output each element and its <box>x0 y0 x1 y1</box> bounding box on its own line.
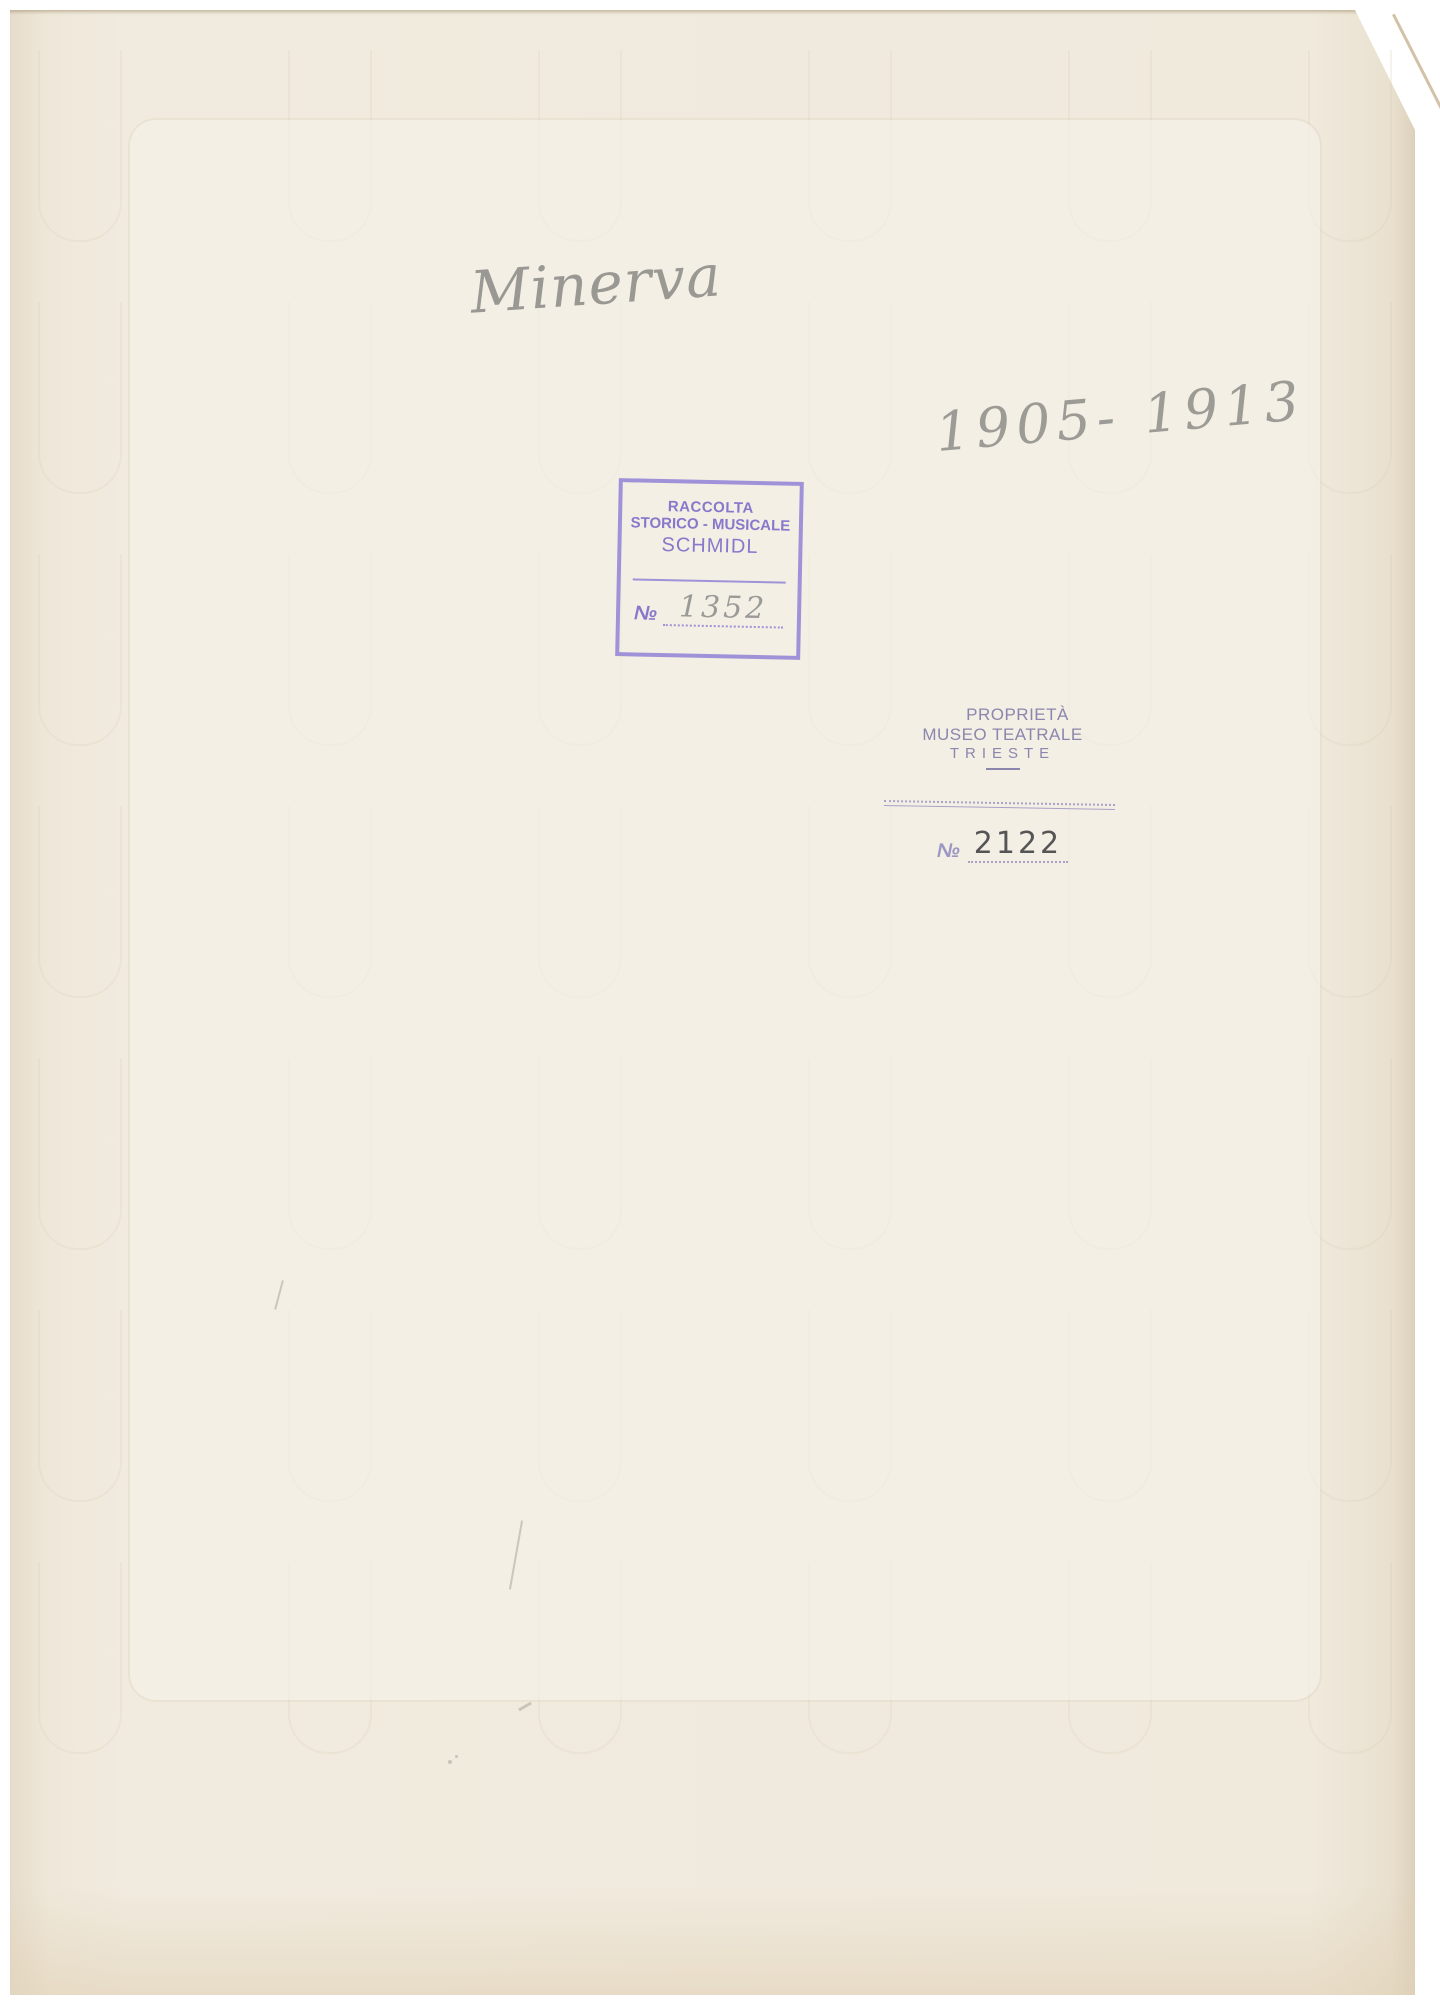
stamp-line: TRIESTE <box>890 745 1115 762</box>
stamp-rule <box>633 578 786 583</box>
numero-sign: № <box>634 602 657 625</box>
stamp-number-row: № 1352 <box>634 588 784 628</box>
stamp-number: 1352 <box>663 589 784 629</box>
stamp-rule <box>884 800 1115 810</box>
stamp-line: SCHMIDL <box>621 533 798 560</box>
stamp-raccolta-schmidl: RACCOLTA STORICO - MUSICALE SCHMIDL № 13… <box>615 478 804 660</box>
dirt-speck <box>448 1760 452 1764</box>
stamp-line: PROPRIETÀ <box>920 705 1115 725</box>
dirt-speck <box>455 1755 458 1758</box>
stamp-line: STORICO - MUSICALE <box>622 514 799 535</box>
stamp-line: MUSEO TEATRALE <box>890 725 1115 745</box>
stamp-dash <box>986 768 1020 770</box>
stamp-museo-teatrale: PROPRIETÀ MUSEO TEATRALE TRIESTE № 2122 <box>890 705 1115 863</box>
watermark-shields-left <box>30 10 130 1995</box>
numero-sign: № <box>937 840 960 863</box>
stamp-number: 2122 <box>968 826 1068 863</box>
inner-frame <box>130 120 1320 1700</box>
stamp-number-row: № 2122 <box>890 826 1115 863</box>
